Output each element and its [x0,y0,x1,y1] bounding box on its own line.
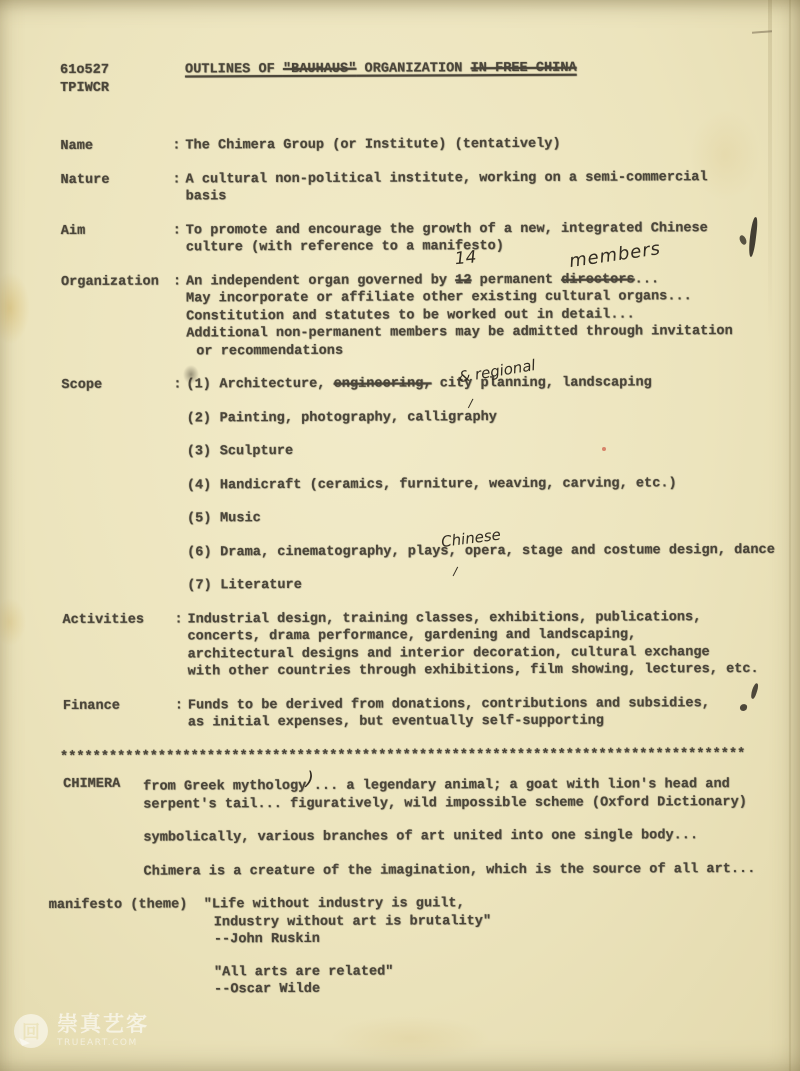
field-content: An independent organ governed by 1214 pe… [186,270,775,360]
handwritten-number: 14 [454,249,477,268]
watermark-text: 崇真艺客 TRUEART.COM [57,1014,149,1048]
text-line: A cultural non-political institute, work… [185,168,774,188]
code-line-2: TPIWCR [60,79,185,97]
text-line: from Greek mythology)... a legendary ani… [143,773,777,796]
field-label: Organization [61,273,173,361]
field-row-activities: Activities : Industrial design, training… [62,608,776,681]
paper-stain [0,272,30,344]
field-label: Scope [61,377,174,596]
text-line: with other countries through exhibitions… [188,661,777,681]
manifesto-label: manifesto [49,898,122,913]
item-number: (3) [187,443,220,461]
edited-word: directorsmembers [561,271,634,289]
text-line: To promote and encourage the growth of a… [186,219,775,239]
colon: : [172,137,185,155]
text-segment: permanent [471,272,561,287]
colon: : [173,273,186,361]
chimera-label: CHIMERA [63,776,143,814]
manifesto-row: manifesto (theme) "Life without industry… [49,894,778,1000]
text-line: The Chimera Group (or Institute) (tentat… [185,135,774,155]
scanned-document-page: 61o527 TPIWCR OUTLINES OF "BAUHAUS" ORGA… [0,0,800,1071]
scope-item-4: (4)Handicraft (ceramics, furniture, weav… [187,474,776,494]
scope-item-7: (7)Literature [187,575,776,595]
paper-stain [330,1016,490,1060]
field-label: Finance [63,697,175,732]
colon: : [173,376,187,595]
field-row-scope: Scope : (1)Architecture, engineering, ci… [61,374,776,596]
scope-item-6: (6)Drama, cinematography, plays,Chinese∕… [187,541,776,561]
item-number: (6) [187,544,220,562]
field-content: The Chimera Group (or Institute) (tentat… [185,135,774,155]
manifesto-theme: (theme) [130,897,187,912]
text-line: Funds to be derived from donations, cont… [188,694,777,714]
text-line: as initial expenses, but eventually self… [188,712,777,732]
text-line: May incorporate or affiliate other exist… [186,288,775,308]
field-content: To promote and encourage the growth of a… [186,219,775,257]
document-header: 61o527 TPIWCR OUTLINES OF "BAUHAUS" ORGA… [60,59,774,97]
watermark-logo-glyph: 回 [22,1018,40,1044]
scope-item-2: (2)Painting, photography, calligraphy [187,407,776,427]
text-segment: Painting, photography, calligraphy [220,410,497,426]
chimera-paragraph-3: Chimera is a creature of the imagination… [63,860,777,881]
field-label: Name [60,138,172,156]
text-segment: Sculpture [220,444,293,459]
text-segment: Music [220,511,261,526]
document-title: OUTLINES OF "BAUHAUS" ORGANIZATION IN FR… [185,59,774,97]
item-number: (4) [187,477,220,495]
struck-word: engineering, [334,376,432,391]
field-label: Activities [62,611,174,681]
text-segment: ... a legendary animal; a goat with lion… [314,777,730,794]
paper-stain [0,598,26,646]
title-struck-in-free-china: IN FREE CHINA [471,61,577,76]
quote-attribution: --John Ruskin [204,929,778,949]
title-text: ORGANIZATION [356,61,470,76]
colon: : [175,697,188,732]
watermark-cn-text: 崇真艺客 [57,1014,149,1035]
title-struck-bauhaus: "BAUHAUS" [283,62,356,77]
text-line: Industrial design, training classes, exh… [187,608,776,628]
colon: : [174,611,187,681]
field-content: Funds to be derived from donations, cont… [188,694,777,732]
scope-item-5: (5)Music [187,508,776,528]
field-row-name: Name : The Chimera Group (or Institute) … [60,135,774,156]
text-line: serpent's tail... figuratively, wild imp… [143,793,777,813]
watermark: 回 崇真艺客 TRUEART.COM [14,1014,149,1048]
text-segment: from Greek mythology [143,779,306,795]
item-number: (2) [187,410,220,428]
colon: : [173,222,186,257]
chimera-text: from Greek mythology)... a legendary ani… [143,773,777,814]
quote-attribution: --Oscar Wilde [214,979,778,999]
chimera-paragraph-2: symbolically, various branches of art un… [63,827,777,848]
chimera-definition: CHIMERA from Greek mythology)... a legen… [63,773,777,814]
scope-item-3: (3)Sculpture [187,441,776,461]
ink-smudge [183,365,199,384]
text-line: or recommendations [186,340,775,360]
manifesto-label-group: manifesto (theme) [49,896,204,999]
text-segment: An independent organ governed by [186,273,455,289]
field-label: Nature [60,171,172,206]
asterisk-separator: ****************************************… [60,745,777,766]
item-number: (7) [187,577,220,595]
colon: : [172,171,185,206]
text-segment: Literature [220,578,302,593]
watermark-en-text: TRUEART.COM [57,1038,149,1048]
field-content: A cultural non-political institute, work… [185,168,774,206]
text-segment: Drama, cinematography, plays, [220,544,457,560]
field-row-nature: Nature : A cultural non-political instit… [60,168,774,206]
text-line: Additional non-permanent members may be … [186,323,775,343]
struck-number: 12 [455,273,471,288]
field-row-organization: Organization : An independent organ gove… [61,270,775,361]
edited-number: 1214 [455,272,471,290]
red-speck [602,447,606,451]
second-quote: "All arts are related" --Oscar Wilde [204,961,778,999]
text-segment: ... [635,272,660,287]
field-row-aim: Aim : To promote and encourage the growt… [61,219,775,257]
text-line: basis [186,186,775,206]
field-content: Industrial design, training classes, exh… [187,608,776,681]
code-line-1: 61o527 [60,61,185,79]
document-code: 61o527 TPIWCR [60,61,185,97]
typewritten-document: 61o527 TPIWCR OUTLINES OF "BAUHAUS" ORGA… [60,59,778,1000]
manifesto-quotes: "Life without industry is guilt, Industr… [204,894,778,999]
text-segment: Architecture, [219,377,333,392]
title-text: OUTLINES OF [185,62,283,77]
paper-crease [789,0,791,1071]
field-label: Aim [61,222,173,257]
scope-item-1: (1)Architecture, engineering, city& regi… [186,374,775,394]
text-segment: opera, stage and costume design, dance [457,542,775,558]
text-line: culture (with reference to a manifesto) [186,237,775,257]
struck-word: directors [561,272,634,287]
field-row-finance: Finance : Funds to be derived from donat… [63,694,777,732]
item-number: (5) [187,510,220,528]
field-content: (1)Architecture, engineering, city& regi… [186,374,776,595]
text-segment: Handicraft (ceramics, furniture, weaving… [220,476,677,493]
watermark-logo-bubble-icon: 回 [14,1014,48,1048]
